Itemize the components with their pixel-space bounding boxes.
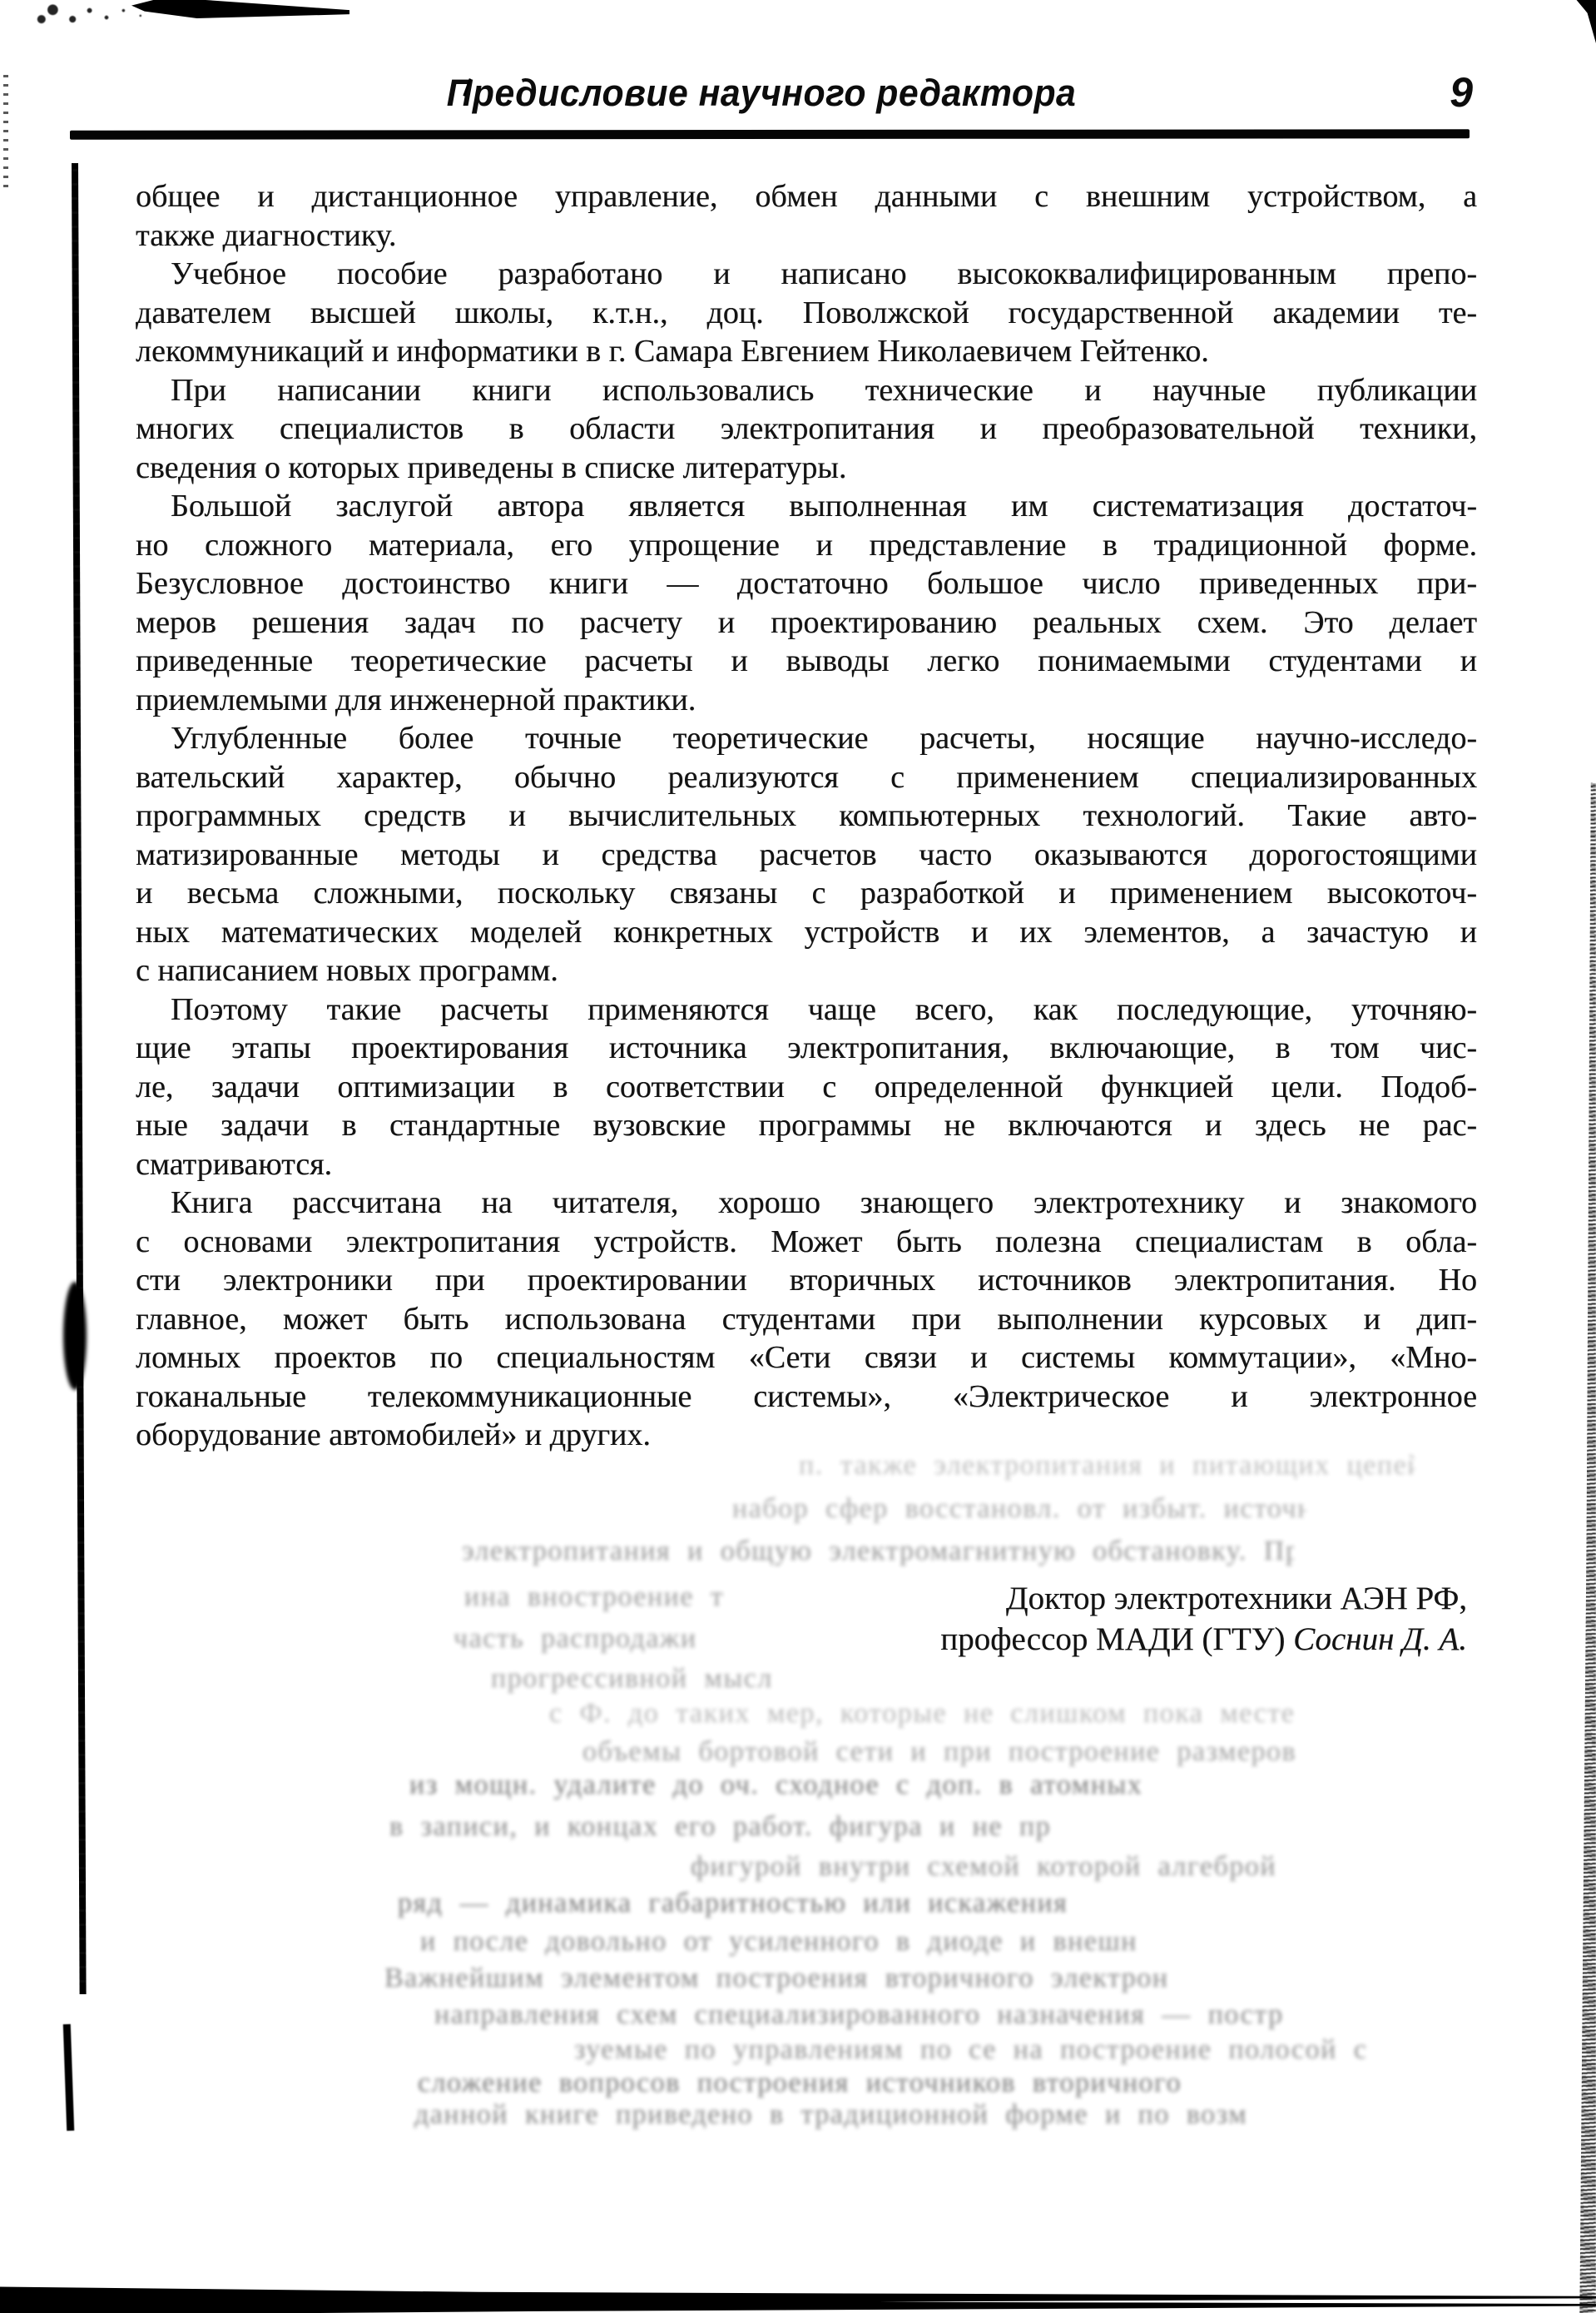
body-line: При написании книги использовались техни…	[136, 371, 1477, 410]
body-line: но сложного материала, его упрощение и п…	[136, 526, 1477, 565]
bleedthrough-line: электропитания и общую электромагнитную …	[462, 1536, 1294, 1571]
scan-artifact-bottom-edge	[0, 2278, 1596, 2313]
body-line: ломных проектов по специальностям «Сети …	[136, 1338, 1477, 1377]
body-line: вательский характер, обычно реализуются …	[136, 758, 1477, 797]
bleedthrough-line: в записи, и концах его работ. фигура и н…	[389, 1811, 1413, 1846]
body-line: давателем высшей школы, к.т.н., доц. Пов…	[136, 294, 1477, 333]
scan-artifact-gutter-line	[72, 163, 87, 1994]
scan-artifact-top-right-corner	[1574, 0, 1596, 43]
body-line: Углубленные более точные теоретические р…	[136, 719, 1477, 758]
signature-role: профессор МАДИ (ГТУ)	[940, 1621, 1293, 1657]
body-line: и весьма сложными, поскольку связаны с р…	[136, 874, 1477, 913]
scanned-book-page: Предисловие научного редактора 9 общее и…	[0, 0, 1596, 2313]
body-line: Учебное пособие разработано и написано в…	[136, 255, 1477, 294]
bleedthrough-line: ряд — динамика габаритностью или искажен…	[398, 1888, 1425, 1923]
signature-block: Доктор электротехники АЭН РФ, профессор …	[136, 1578, 1467, 1660]
scan-artifact-gutter-blob	[63, 1282, 87, 1390]
body-text: общее и дистанционное управление, обмен …	[136, 177, 1477, 1455]
body-line: Книга рассчитана на читателя, хорошо зна…	[136, 1184, 1477, 1223]
body-line: сматриваются.	[136, 1145, 1477, 1184]
scan-artifact-left-edge-ticks	[3, 71, 8, 187]
body-line: сти электроники при проектировании втори…	[136, 1261, 1477, 1300]
bleedthrough-line: фигурой внутри схемой которой алгеброй	[691, 1851, 1431, 1886]
body-line: Безусловное достоинство книги — достаточ…	[136, 564, 1477, 603]
body-line: сведения о которых приведены в списке ли…	[136, 449, 1477, 488]
body-line: приемлемыми для инженерной практики.	[136, 681, 1477, 720]
signature-line-1: Доктор электротехники АЭН РФ,	[136, 1578, 1467, 1619]
page-number: 9	[1406, 68, 1473, 117]
bleedthrough-line: Важнейшим элементом построения вторичног…	[384, 1963, 1420, 1998]
body-line: главное, может быть использована студент…	[136, 1300, 1477, 1339]
bleedthrough-line: п. также электропитания и питающих цепей	[799, 1450, 1415, 1485]
signature-name: Соснин Д. А.	[1293, 1621, 1467, 1657]
header-rule	[70, 129, 1470, 139]
bleedthrough-line: прогрессивной мысл	[491, 1663, 807, 1698]
body-line: приведенные теоретические расчеты и выво…	[136, 642, 1477, 681]
bleedthrough-line: из мощн. удалите до оч. сходное с доп. в…	[409, 1769, 1458, 1804]
body-line: лекоммуникаций и информатики в г. Самара…	[136, 332, 1477, 371]
body-line: Поэтому такие расчеты применяются чаще в…	[136, 990, 1477, 1030]
body-line: гоканальные телекоммуникационные системы…	[136, 1377, 1477, 1417]
body-line: Большой заслугой автора является выполне…	[136, 487, 1477, 526]
body-line: с написанием новых программ.	[136, 951, 1477, 990]
bleedthrough-line: сложение вопросов построения источников …	[418, 2067, 1470, 2102]
body-line: меров решения задач по расчету и проекти…	[136, 603, 1477, 643]
body-line: многих специалистов в области электропит…	[136, 409, 1477, 449]
bleedthrough-line: объемы бортовой сети и при построение ра…	[582, 1736, 1473, 1771]
bleedthrough-line: и после довольно от усиленного в диоде и…	[420, 1926, 1456, 1961]
body-line: матизированные методы и средства расчето…	[136, 836, 1477, 875]
body-line: общее и дистанционное управление, обмен …	[136, 177, 1477, 216]
bleedthrough-line: набор сфер восстановл. от избыт. источн.	[732, 1493, 1306, 1528]
body-line: ных математических моделей конкретных ус…	[136, 913, 1477, 952]
body-line: с основами электропитания устройств. Мож…	[136, 1223, 1477, 1262]
bleedthrough-line: с Ф. до таких мер, которые не слишком по…	[549, 1698, 1456, 1733]
scan-artifact-top-left-mark	[131, 0, 349, 18]
body-line: также диагностику.	[136, 216, 1477, 256]
scan-artifact-gutter-line-lower	[63, 2024, 74, 2131]
bleedthrough-line: зуемые по управлениям по се на построени…	[574, 2034, 1489, 2069]
body-line: ле, задачи оптимизации в соответствии с …	[136, 1068, 1477, 1107]
bleedthrough-line: направления схем специализированного наз…	[434, 1999, 1458, 2034]
body-line: ные задачи в стандартные вузовские прогр…	[136, 1106, 1477, 1145]
running-head-title: Предисловие научного редактора	[169, 72, 1355, 115]
body-line: оборудование автомобилей» и других.	[136, 1416, 1477, 1455]
body-line: программных средств и вычислительных ком…	[136, 797, 1477, 836]
bleedthrough-line: данной книге приведено в традиционной фо…	[414, 2099, 1467, 2134]
body-line: щие этапы проектирования источника элект…	[136, 1029, 1477, 1068]
signature-line-2: профессор МАДИ (ГТУ) Соснин Д. А.	[136, 1619, 1467, 1660]
scan-artifact-right-edge-band	[1576, 782, 1596, 2313]
